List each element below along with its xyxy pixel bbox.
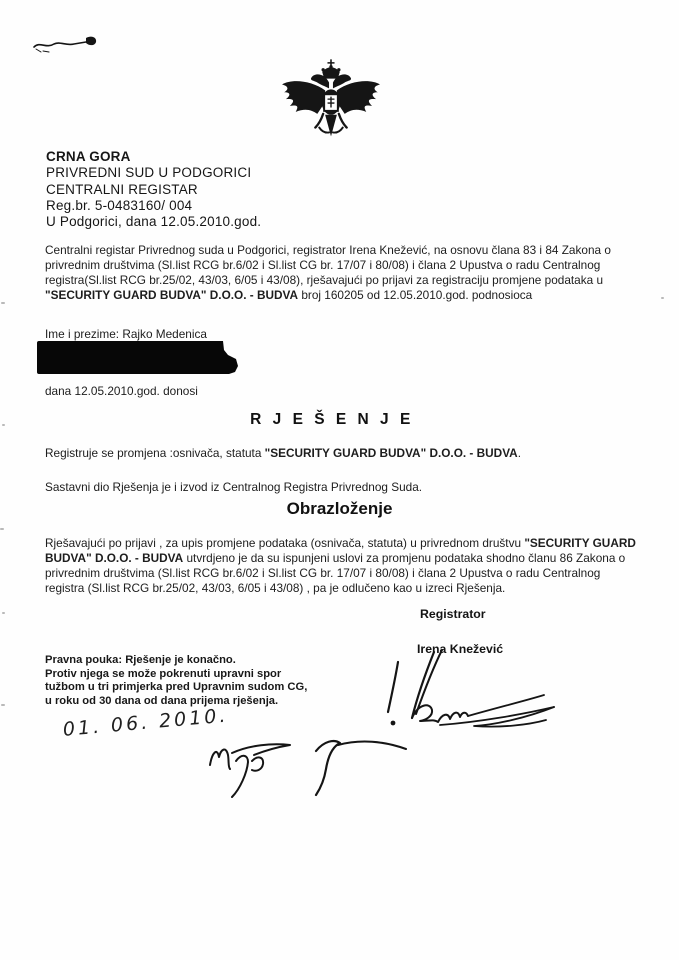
header-court: PRIVREDNI SUD U PODGORICI (46, 165, 261, 181)
legal-remedy-line: Pravna pouka: Rješenje je konačno. (45, 654, 307, 668)
integral-part-line: Sastavni dio Rješenja je i izvod iz Cent… (45, 480, 422, 495)
decision-text: Registruje se promjena :osnivača, statut… (45, 446, 265, 460)
explanation-title: Obrazloženje (0, 499, 679, 519)
legal-remedy-line: u roku od 30 dana od dana prijema rješen… (45, 695, 307, 709)
scan-speckle (2, 612, 5, 614)
decision-body-line: Registruje se promjena :osnivača, statut… (45, 446, 639, 461)
scan-speckle (661, 297, 664, 299)
scan-speckle (1, 302, 5, 304)
explanation-paragraph: Rješavajući po prijavi , za upis promjen… (45, 536, 639, 596)
intro-text-after: broj 160205 od 12.05.2010.god. podnosioc… (298, 288, 532, 302)
scanned-court-decision-page: CRNA GORA PRIVREDNI SUD U PODGORICI CENT… (0, 0, 679, 960)
header-reg-number: Reg.br. 5-0483160/ 004 (46, 198, 261, 214)
explanation-text: Rješavajući po prijavi , za upis promjen… (45, 536, 524, 550)
pen-mark-icon (28, 33, 102, 57)
scan-speckle (2, 424, 5, 426)
redaction-bar (37, 341, 242, 374)
decision-title: R J E Š E N J E (0, 411, 664, 429)
decision-date-line: dana 12.05.2010.god. donosi (45, 384, 198, 399)
intro-text: Centralni registar Privrednog suda u Pod… (45, 243, 611, 287)
legal-remedy-note: Pravna pouka: Rješenje je konačno. Proti… (45, 654, 307, 709)
montenegro-coat-of-arms-icon (272, 58, 390, 152)
applicant-name-line: Ime i prezime: Rajko Medenica (45, 327, 207, 342)
scan-speckle (1, 704, 5, 706)
intro-paragraph: Centralni registar Privrednog suda u Pod… (45, 243, 639, 303)
legal-remedy-line: tužbom u tri primjerka pred Upravnim sud… (45, 681, 307, 695)
company-name: "SECURITY GUARD BUDVA" D.O.O. - BUDVA (45, 288, 298, 302)
header-place-date: U Podgorici, dana 12.05.2010.god. (46, 214, 261, 230)
handwritten-signature (198, 731, 412, 803)
scan-speckle (0, 528, 4, 530)
company-name: "SECURITY GUARD BUDVA" D.O.O. - BUDVA (265, 446, 518, 460)
header-registry: CENTRALNI REGISTAR (46, 182, 261, 198)
legal-remedy-line: Protiv njega se može pokrenuti upravni s… (45, 668, 307, 682)
registrar-title: Registrator (420, 607, 486, 621)
decision-text-after: . (518, 446, 521, 460)
registrar-signature (376, 646, 572, 738)
document-header: CRNA GORA PRIVREDNI SUD U PODGORICI CENT… (46, 149, 261, 230)
header-country: CRNA GORA (46, 149, 261, 165)
